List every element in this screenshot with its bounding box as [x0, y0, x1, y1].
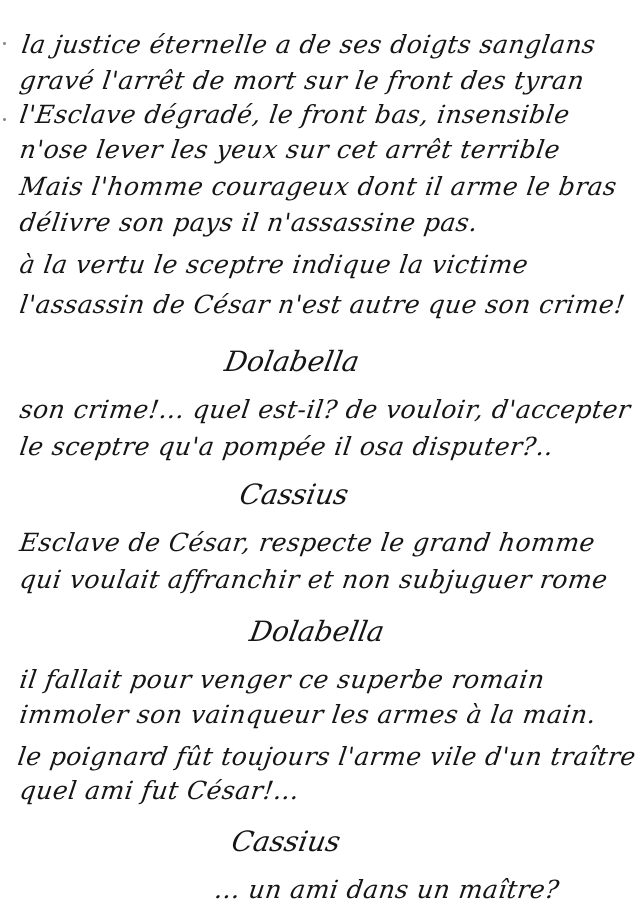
verse-line: l'assassin de César n'est autre que son … [18, 290, 627, 319]
speaker-name: Cassius [237, 478, 351, 511]
verse-line: quel ami fut César!... [18, 776, 301, 805]
verse-line: le sceptre qu'a pompée il osa disputer?.… [18, 432, 556, 461]
speaker-name: Cassius [229, 825, 343, 858]
verse-line: gravé l'arrêt de mort sur le front des t… [18, 66, 586, 95]
verse-line: Mais l'homme courageux dont il arme le b… [18, 172, 619, 201]
verse-line: immoler son vainqueur les armes à la mai… [18, 700, 598, 729]
margin-mark [3, 42, 6, 45]
speaker-name: Dolabella [222, 345, 362, 378]
verse-line: son crime!... quel est-il? de vouloir, d… [18, 395, 633, 424]
manuscript-page: la justice éternelle a de ses doigts san… [0, 0, 640, 922]
verse-line: qui voulait affranchir et non subjuguer … [18, 565, 610, 594]
verse-line: ... un ami dans un maître? [213, 875, 561, 904]
verse-line: Esclave de César, respecte le grand homm… [18, 528, 597, 557]
verse-line: n'ose lever les yeux sur cet arrêt terri… [18, 135, 562, 164]
verse-line: la justice éternelle a de ses doigts san… [20, 30, 598, 59]
verse-line: délivre son pays il n'assassine pas. [18, 208, 480, 237]
margin-mark [3, 118, 6, 121]
verse-line: le poignard fût toujours l'arme vile d'u… [16, 742, 638, 771]
speaker-name: Dolabella [247, 615, 387, 648]
verse-line: à la vertu le sceptre indique la victime [18, 250, 530, 279]
verse-line: l'Esclave dégradé, le front bas, insensi… [18, 100, 572, 129]
verse-line: il fallait pour venger ce superbe romain [18, 665, 547, 694]
